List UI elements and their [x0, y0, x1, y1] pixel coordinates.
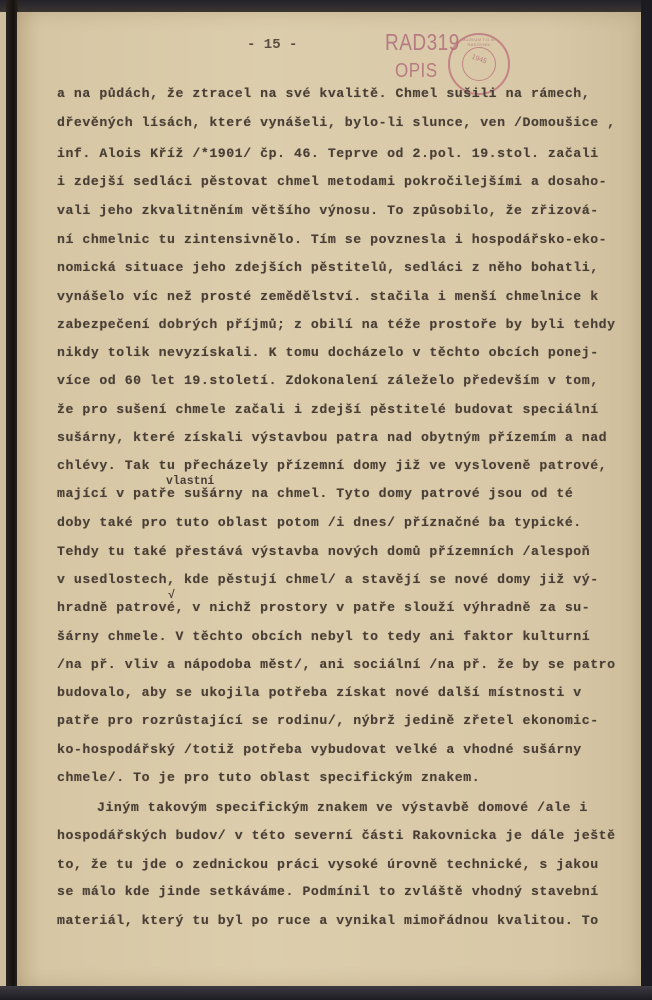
text-line: dřevěných lísách, které vynášeli, bylo-l…: [57, 115, 616, 130]
text-line: patře pro rozrůstající se rodinu/, nýbrž…: [57, 713, 599, 728]
text-line: nomická situace jeho zdejších pěstitelů,…: [57, 260, 599, 275]
text-line: doby také pro tuto oblast potom /i dnes/…: [57, 515, 582, 530]
text-line: budovalo, aby se ukojila potřeba získat …: [57, 685, 582, 700]
text-line: vali jeho zkvalitněním většího výnosu. T…: [57, 203, 599, 218]
text-line: v usedlostech, kde pěstují chmel/ a stav…: [57, 572, 599, 587]
text-line: to, že tu jde o zednickou práci vysoké ú…: [57, 857, 599, 872]
scan-bottom-border: [0, 986, 652, 1000]
text-line: vynášelo víc než prosté zemědělství. sta…: [57, 289, 599, 304]
scan-right-border: [641, 0, 652, 1000]
text-line: více od 60 let 19.století. Zdokonalení z…: [57, 373, 599, 388]
page-number: - 15 -: [247, 37, 297, 53]
text-line: hradně patrové, v nichž prostory v patře…: [57, 600, 590, 615]
text-line: se málo kde jinde setkáváme. Podmínil to…: [57, 884, 599, 899]
text-line: ní chmelnic tu zintensivnělo. Tím se pov…: [57, 232, 607, 247]
text-line: /na př. vliv a nápodoba měst/, ani sociá…: [57, 657, 616, 672]
text-line: chlévy. Tak tu přecházely přízemní domy …: [57, 458, 607, 473]
handwritten-insertion: vlastní: [166, 475, 214, 488]
text-line: sušárny, které získali výstavbou patra n…: [57, 430, 607, 445]
text-line: i zdejší sedláci pěstovat chmel metodami…: [57, 174, 607, 189]
text-line: že pro sušení chmele začali i zdejší pěs…: [57, 402, 599, 417]
text-line: Tehdy tu také přestává výstavba nových d…: [57, 544, 590, 559]
text-line: ko-hospodářský /totiž potřeba vybudovat …: [57, 742, 582, 757]
text-line: mající v patře sušárny na chmel. Tyto do…: [57, 486, 573, 501]
text-line: zabezpečení dobrých příjmů; z obilí na t…: [57, 317, 616, 332]
text-line: inf. Alois Kříž /*1901/ čp. 46. Teprve o…: [57, 146, 599, 161]
text-line: a na půdách, že ztracel na své kvalitě. …: [57, 86, 590, 101]
text-line: chmele/. To je pro tuto oblast specifick…: [57, 770, 480, 785]
text-line: nikdy tolik nevyzískali. K tomu docházel…: [57, 345, 599, 360]
stamp-ring-text: MUZEUM T.G.M. RAKOVNÍK: [450, 37, 508, 47]
text-line: šárny chmele. V těchto obcích nebyl to t…: [57, 629, 590, 644]
scan-top-border: [0, 0, 652, 12]
text-line: hospodářských budov/ v této severní část…: [57, 828, 616, 843]
text-line: Jiným takovým specifickým znakem ve výst…: [97, 800, 588, 815]
text-line: materiál, který tu byl po ruce a vynikal…: [57, 913, 599, 928]
correction-mark: √: [168, 589, 175, 602]
archive-stamp-label: OPIS: [395, 59, 438, 83]
